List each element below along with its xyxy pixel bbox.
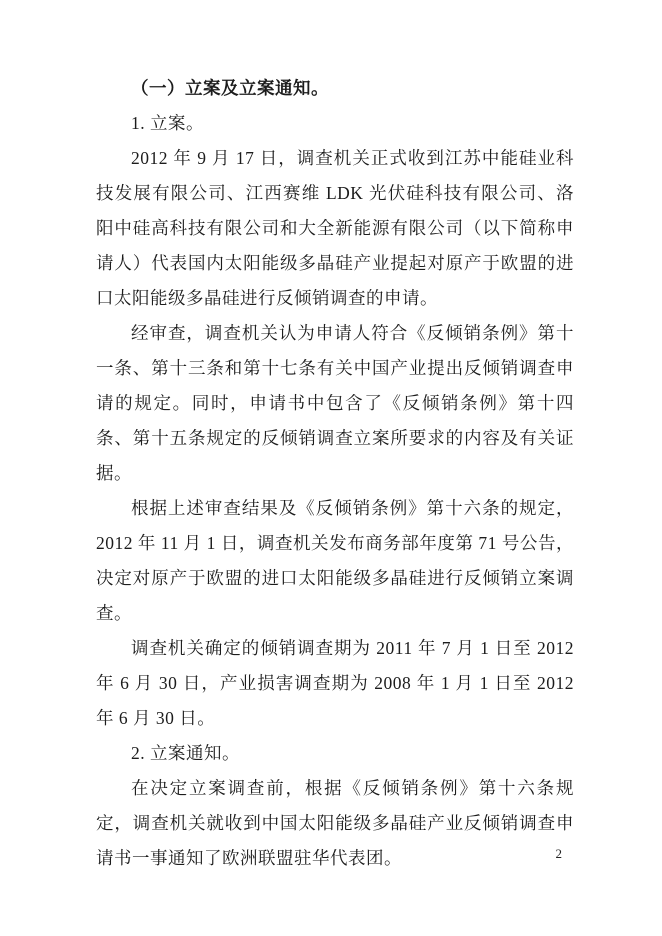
document-page: （一）立案及立案通知。 1. 立案。 2012 年 9 月 17 日，调查机关正… [0,0,662,936]
paragraph-eu-delegation-notice: 在决定立案调查前，根据《反倾销条例》第十六条规定，调查机关就收到中国太阳能级多晶… [96,771,574,876]
document-body: （一）立案及立案通知。 1. 立案。 2012 年 9 月 17 日，调查机关正… [96,71,574,876]
section-heading: （一）立案及立案通知。 [96,71,574,106]
subheading-filing-notice: 2. 立案通知。 [96,736,574,771]
paragraph-review-result: 经审查，调查机关认为申请人符合《反倾销条例》第十一条、第十三条和第十七条有关中国… [96,316,574,491]
subheading-filing: 1. 立案。 [96,106,574,141]
paragraph-investigation-period: 调查机关确定的倾销调查期为 2011 年 7 月 1 日至 2012 年 6 月… [96,631,574,736]
page-number: 2 [556,845,563,863]
paragraph-announcement-71: 根据上述审查结果及《反倾销条例》第十六条的规定，2012 年 11 月 1 日，… [96,491,574,631]
paragraph-application-received: 2012 年 9 月 17 日，调查机关正式收到江苏中能硅业科技发展有限公司、江… [96,141,574,316]
